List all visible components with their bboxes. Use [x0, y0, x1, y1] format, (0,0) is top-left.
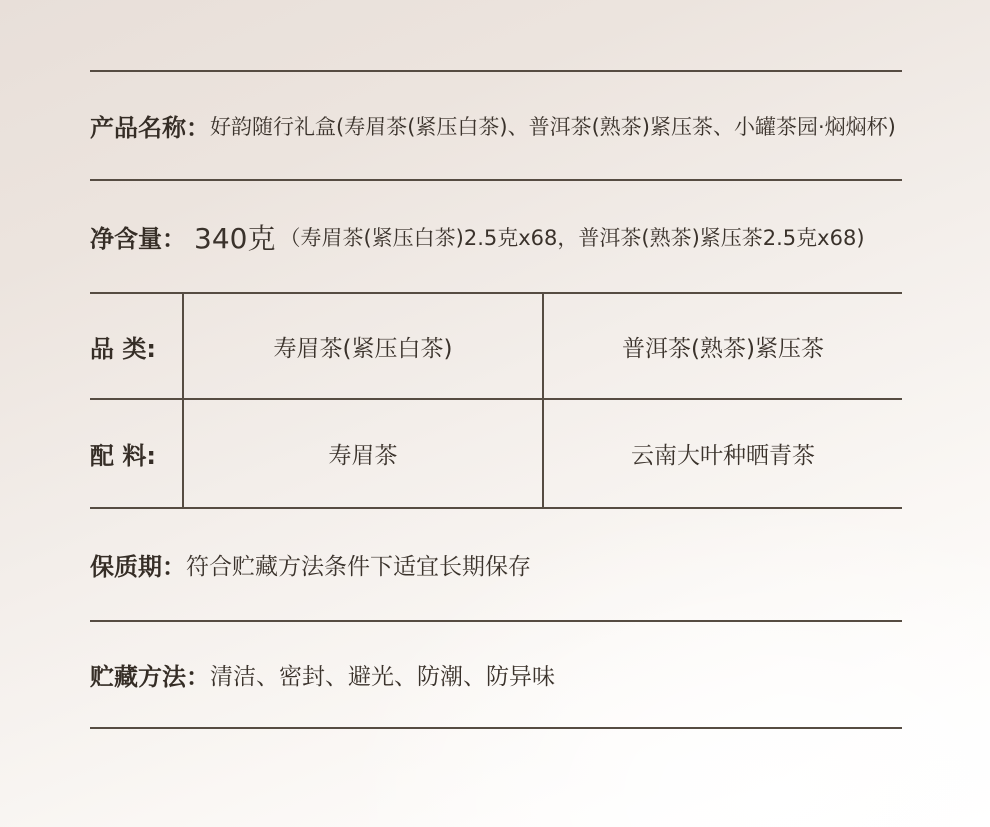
- category-ingredients-table: 品 类: 寿眉茶(紧压白茶) 普洱茶(熟茶)紧压茶 配 料: 寿眉茶 云南大叶种…: [90, 292, 902, 507]
- storage-method-label: 贮藏方法：: [90, 657, 210, 692]
- product-name-label: 产品名称：: [90, 108, 210, 143]
- shelf-life-label: 保质期：: [90, 547, 186, 582]
- net-weight-detail: （寿眉茶(紧压白茶)2.5克x68，普洱茶(熟茶)紧压茶2.5克x68): [279, 222, 864, 252]
- product-name-row: 产品名称： 好韵随行礼盒(寿眉茶(紧压白茶)、普洱茶(熟茶)紧压茶、小罐茶园·焖…: [90, 70, 902, 179]
- storage-method-value: 清洁、密封、避光、防潮、防异味: [210, 658, 555, 691]
- category-col2: 普洱茶(熟茶)紧压茶: [542, 294, 902, 398]
- category-col1: 寿眉茶(紧压白茶): [182, 294, 542, 398]
- product-name-value: 好韵随行礼盒(寿眉茶(紧压白茶)、普洱茶(熟茶)紧压茶、小罐茶园·焖焖杯): [210, 111, 896, 141]
- storage-method-row: 贮藏方法： 清洁、密封、避光、防潮、防异味: [90, 620, 902, 729]
- ingredients-label: 配 料:: [90, 398, 182, 507]
- shelf-life-row: 保质期： 符合贮藏方法条件下适宜长期保存: [90, 507, 902, 620]
- ingredients-col1: 寿眉茶: [182, 398, 542, 507]
- net-weight-label: 净含量：: [90, 219, 186, 254]
- net-weight-row: 净含量： 340克 （寿眉茶(紧压白茶)2.5克x68，普洱茶(熟茶)紧压茶2.…: [90, 179, 902, 292]
- net-weight-amount: 340克: [194, 217, 275, 257]
- spec-sheet: 产品名称： 好韵随行礼盒(寿眉茶(紧压白茶)、普洱茶(熟茶)紧压茶、小罐茶园·焖…: [90, 70, 902, 729]
- ingredients-col2: 云南大叶种晒青茶: [542, 398, 902, 507]
- category-label: 品 类:: [90, 294, 182, 398]
- shelf-life-value: 符合贮藏方法条件下适宜长期保存: [186, 548, 531, 581]
- product-spec-page: 产品名称： 好韵随行礼盒(寿眉茶(紧压白茶)、普洱茶(熟茶)紧压茶、小罐茶园·焖…: [0, 0, 990, 827]
